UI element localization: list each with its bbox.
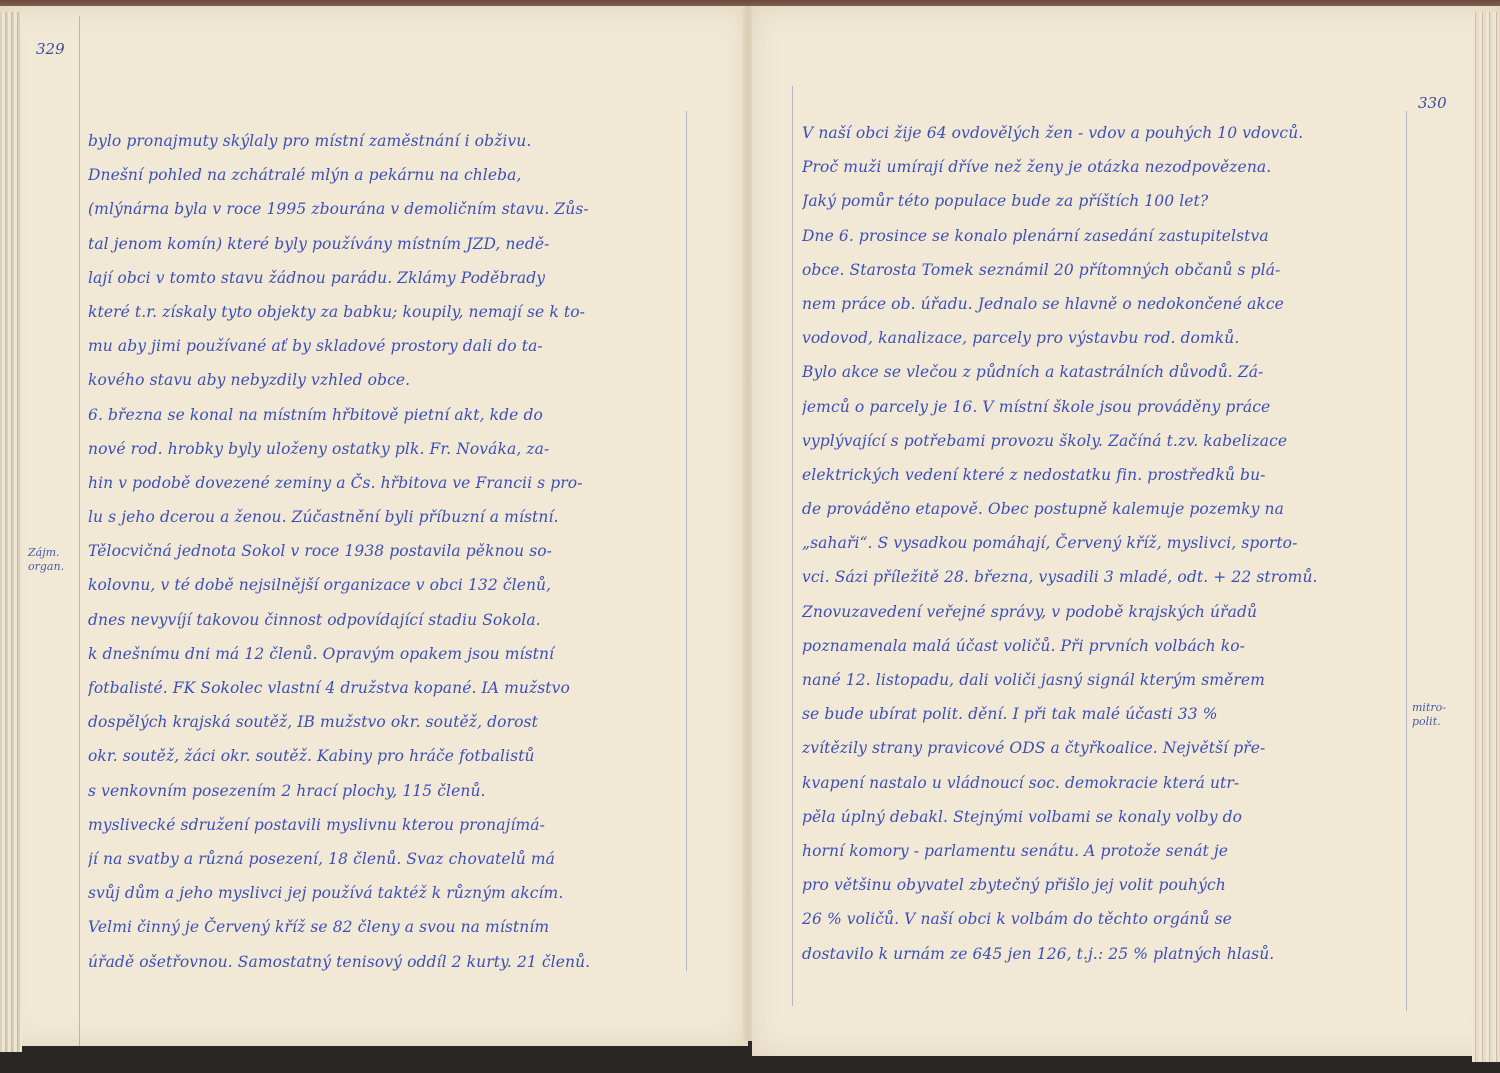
handwritten-line: 6. března se konal na místním hřbitově p… — [88, 398, 688, 432]
handwritten-line: úřadě ošetřovnou. Samostatný tenisový od… — [88, 945, 688, 979]
margin-note-left: Zájm. organ. — [28, 546, 64, 574]
handwritten-line: lu s jeho dcerou a ženou. Zúčastnění byl… — [88, 500, 688, 534]
left-page: 329 Zájm. organ. bylo pronajmuty skýlaly… — [0, 6, 748, 1046]
handwritten-line: elektrických vedení které z nedostatku f… — [802, 458, 1402, 492]
handwritten-line: „sahaři“. S vysadkou pomáhají, Červený k… — [802, 526, 1402, 560]
handwritten-line: obce. Starosta Tomek seznámil 20 přítomn… — [802, 253, 1402, 287]
handwritten-line: tal jenom komín) které byly používány mí… — [88, 227, 688, 261]
handwritten-line: nem práce ob. úřadu. Jednalo se hlavně o… — [802, 287, 1402, 321]
handwritten-line: dostavilo k urnám ze 645 jen 126, t.j.: … — [802, 937, 1402, 971]
handwritten-line: myslivecké sdružení postavili myslivnu k… — [88, 808, 688, 842]
handwritten-line: hin v podobě dovezené zeminy a Čs. hřbit… — [88, 466, 688, 500]
handwritten-line: pro většinu obyvatel zbytečný přišlo jej… — [802, 868, 1402, 902]
left-page-text: bylo pronajmuty skýlaly pro místní zaměs… — [88, 124, 688, 979]
handwritten-line: poznamenala malá účast voličů. Při první… — [802, 629, 1402, 663]
handwritten-line: 26 % voličů. V naší obci k volbám do těc… — [802, 902, 1402, 936]
margin-note-line: organ. — [28, 560, 64, 574]
right-page-stack-edges — [1472, 12, 1500, 1062]
handwritten-line: Velmi činný je Červený kříž se 82 členy … — [88, 910, 688, 944]
margin-note-line: polit. — [1412, 715, 1446, 729]
handwritten-line: Tělocvičná jednota Sokol v roce 1938 pos… — [88, 534, 688, 568]
handwritten-line: Znovuzavedení veřejné správy, v podobě k… — [802, 595, 1402, 629]
handwritten-line: okr. soutěž, žáci okr. soutěž. Kabiny pr… — [88, 739, 688, 773]
handwritten-line: V naší obci žije 64 ovdovělých žen - vdo… — [802, 116, 1402, 150]
handwritten-line: (mlýnárna byla v roce 1995 zbourána v de… — [88, 192, 688, 226]
handwritten-line: horní komory - parlamentu senátu. A prot… — [802, 834, 1402, 868]
handwritten-line: dospělých krajská soutěž, IB mužstvo okr… — [88, 705, 688, 739]
handwritten-line: mu aby jimi používané ať by skladové pro… — [88, 329, 688, 363]
handwritten-line: se bude ubírat polit. dění. I při tak ma… — [802, 697, 1402, 731]
handwritten-line: s venkovním posezením 2 hrací plochy, 11… — [88, 774, 688, 808]
right-page-text: V naší obci žije 64 ovdovělých žen - vdo… — [802, 116, 1402, 971]
handwritten-line: nové rod. hrobky byly uloženy ostatky pl… — [88, 432, 688, 466]
handwritten-line: nané 12. listopadu, dali voliči jasný si… — [802, 663, 1402, 697]
margin-note-line: mitro- — [1412, 701, 1446, 715]
handwritten-line: kového stavu aby nebyzdily vzhled obce. — [88, 363, 688, 397]
handwritten-line: Dnešní pohled na zchátralé mlýn a pekárn… — [88, 158, 688, 192]
handwritten-line: de prováděno etapově. Obec postupně kale… — [802, 492, 1402, 526]
handwritten-line: Dne 6. prosince se konalo plenární zased… — [802, 219, 1402, 253]
handwritten-line: vci. Sázi příležitě 28. března, vysadili… — [802, 560, 1402, 594]
handwritten-line: pěla úplný debakl. Stejnými volbami se k… — [802, 800, 1402, 834]
page-number-left: 329 — [36, 40, 65, 58]
handwritten-line: dnes nevyvíjí takovou činnost odpovídají… — [88, 603, 688, 637]
handwritten-line: lají obci v tomto stavu žádnou parádu. Z… — [88, 261, 688, 295]
page-number-right: 330 — [1418, 94, 1447, 112]
handwritten-line: jemců o parcely je 16. V místní škole js… — [802, 390, 1402, 424]
left-page-stack-edges — [0, 12, 22, 1052]
handwritten-line: svůj dům a jeho myslivci jej používá tak… — [88, 876, 688, 910]
right-margin-rule-right-page — [1406, 111, 1407, 1011]
handwritten-line: které t.r. získaly tyto objekty za babku… — [88, 295, 688, 329]
left-margin-rule — [79, 16, 80, 1046]
handwritten-line: bylo pronajmuty skýlaly pro místní zaměs… — [88, 124, 688, 158]
handwritten-line: fotbalisté. FK Sokolec vlastní 4 družstv… — [88, 671, 688, 705]
left-margin-rule-right-page — [792, 86, 793, 1006]
handwritten-line: kolovnu, v té době nejsilnější organizac… — [88, 568, 688, 602]
right-page: 330 mitro- polit. V naší obci žije 64 ov… — [752, 6, 1500, 1056]
handwritten-line: vyplývající s potřebami provozu školy. Z… — [802, 424, 1402, 458]
handwritten-line: kvapení nastalo u vládnoucí soc. demokra… — [802, 766, 1402, 800]
margin-note-line: Zájm. — [28, 546, 64, 560]
handwritten-line: Jaký pomůr této populace bude za příštíc… — [802, 184, 1402, 218]
handwritten-line: vodovod, kanalizace, parcely pro výstavb… — [802, 321, 1402, 355]
handwritten-line: jí na svatby a různá posezení, 18 členů.… — [88, 842, 688, 876]
handwritten-line: Bylo akce se vlečou z půdních a katastrá… — [802, 355, 1402, 389]
handwritten-line: k dnešnímu dni má 12 členů. Opravým opak… — [88, 637, 688, 671]
handwritten-line: Proč muži umírají dříve než ženy je otáz… — [802, 150, 1402, 184]
margin-note-right: mitro- polit. — [1412, 701, 1446, 729]
handwritten-line: zvítězily strany pravicové ODS a čtyřkoa… — [802, 731, 1402, 765]
